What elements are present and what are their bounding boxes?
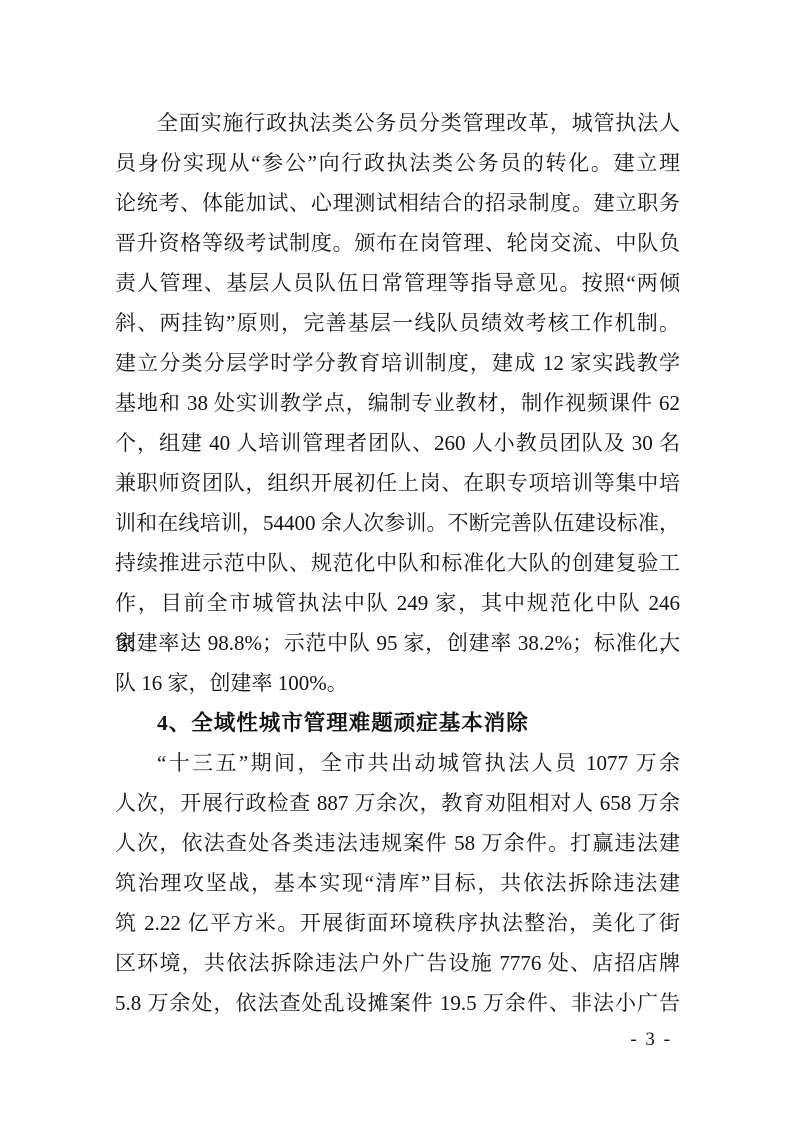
text-line: 兼职师资团队，组织开展初任上岗、在职专项培训等集中培 <box>115 463 680 503</box>
text-line: 区环境，共依法拆除违法户外广告设施 7776 处、店招店牌 <box>115 943 680 983</box>
text-line: 个，组建 40 人培训管理者团队、260 人小教员团队及 30 名 <box>115 423 680 463</box>
text-line: 基地和 38 处实训教学点，编制专业教材，制作视频课件 62 <box>115 383 680 423</box>
text-line: 晋升资格等级考试制度。颁布在岗管理、轮岗交流、中队负 <box>115 223 680 263</box>
section-heading: 4、全域性城市管理难题顽症基本消除 <box>115 703 680 743</box>
text-line: “十三五”期间，全市共出动城管执法人员 1077 万余 <box>115 743 680 783</box>
text-line: 训和在线培训，54400 余人次参训。不断完善队伍建设标准， <box>115 503 680 543</box>
text-line: 创建率达 98.8%；示范中队 95 家，创建率 38.2%；标准化大 <box>115 623 680 663</box>
document-page: 全面实施行政执法类公务员分类管理改革，城管执法人员身份实现从“参公”向行政执法类… <box>0 0 793 1122</box>
text-line: 论统考、体能加试、心理测试相结合的招录制度。建立职务 <box>115 183 680 223</box>
text-line: 人次，开展行政检查 887 万余次，教育劝阻相对人 658 万余 <box>115 783 680 823</box>
text-line: 队 16 家，创建率 100%。 <box>115 663 680 703</box>
text-line: 建立分类分层学时学分教育培训制度，建成 12 家实践教学 <box>115 343 680 383</box>
text-line: 5.8 万余处，依法查处乱设摊案件 19.5 万余件、非法小广告 <box>115 983 680 1023</box>
text-line: 筑 2.22 亿平方米。开展街面环境秩序执法整治，美化了街 <box>115 903 680 943</box>
text-block: 全面实施行政执法类公务员分类管理改革，城管执法人员身份实现从“参公”向行政执法类… <box>115 103 680 1023</box>
page-number: - 3 - <box>630 1026 672 1054</box>
text-line: 斜、两挂钩”原则，完善基层一线队员绩效考核工作机制。 <box>115 303 680 343</box>
text-line: 人次，依法查处各类违法违规案件 58 万余件。打赢违法建 <box>115 823 680 863</box>
text-line: 筑治理攻坚战，基本实现“清库”目标，共依法拆除违法建 <box>115 863 680 903</box>
text-line: 责人管理、基层人员队伍日常管理等指导意见。按照“两倾 <box>115 263 680 303</box>
text-line: 作，目前全市城管执法中队 249 家，其中规范化中队 246 家， <box>115 583 680 623</box>
text-line: 员身份实现从“参公”向行政执法类公务员的转化。建立理 <box>115 143 680 183</box>
text-line: 全面实施行政执法类公务员分类管理改革，城管执法人 <box>115 103 680 143</box>
text-line: 持续推进示范中队、规范化中队和标准化大队的创建复验工 <box>115 543 680 583</box>
